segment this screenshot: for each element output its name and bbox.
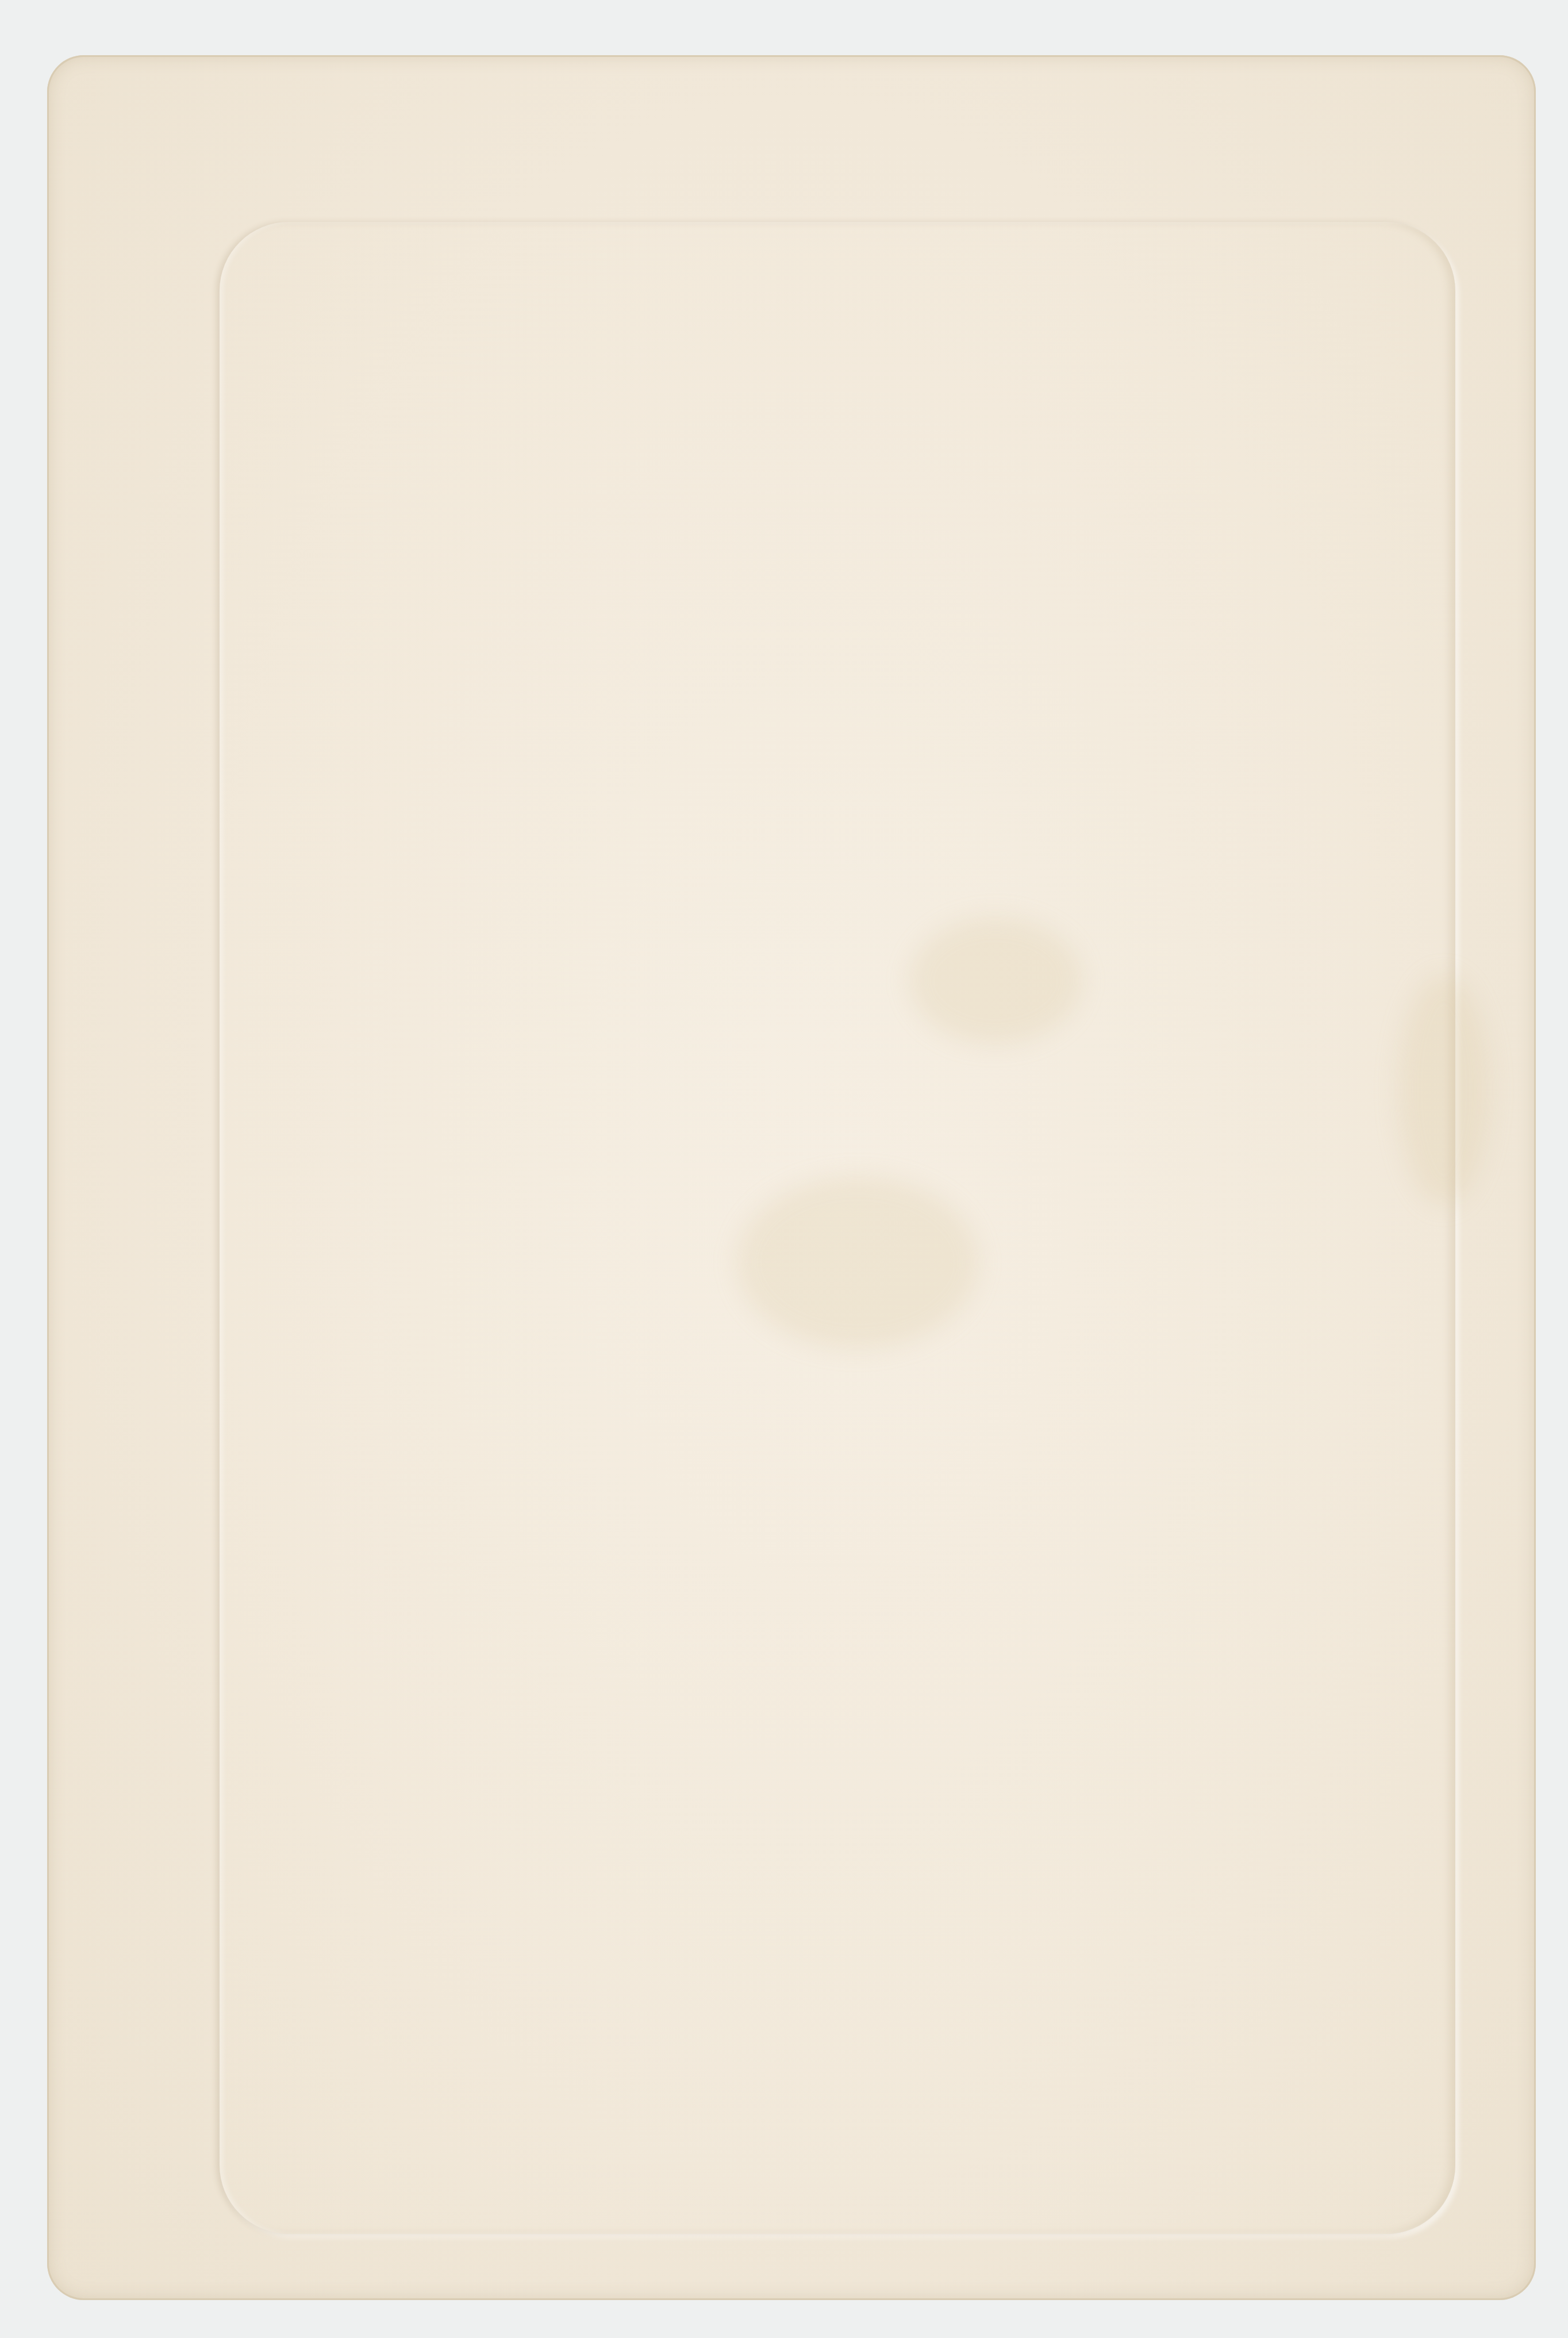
stain [909, 917, 1082, 1044]
blank-card-back [47, 55, 1536, 2300]
stain [1398, 975, 1490, 1205]
stain [737, 1176, 978, 1349]
